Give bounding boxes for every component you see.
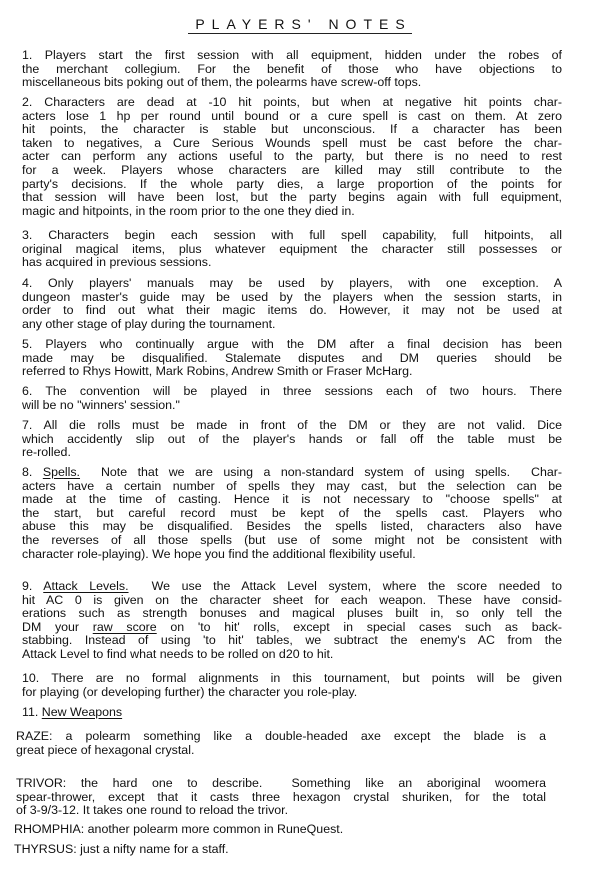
note-line: made may be disqualified. Stalemate disp… [22,352,562,366]
note-line: 6. The convention will be played in thre… [22,385,562,399]
weapon-rhomphia: RHOMPHIA: another polearm more common in… [14,823,544,837]
note-6: 6. The convention will be played in thre… [22,385,562,412]
weapon-name: RHOMPHIA: [14,822,84,836]
note-line: has acquired in previous sessions. [22,256,562,270]
weapon-raze: RAZE: a polearm something like a double-… [16,730,546,757]
note-2: 2. Characters are dead at -10 hit points… [22,96,562,218]
note-line: hit AC 0 is given on the character sheet… [22,594,562,608]
note-3: 3. Characters begin each session with fu… [22,229,562,270]
note-line: 11. New Weapons [22,706,562,720]
note-line: acters lose 1 hp per round until bound o… [22,110,562,124]
note-line: erations such as strength bonuses and ma… [22,607,562,621]
weapon-line: RAZE: a polearm something like a double-… [16,730,546,744]
weapon-line: great piece of hexagonal crystal. [16,744,546,758]
note-line: the start, but careful record must be ke… [22,507,562,521]
note-line: party's decisions. If the whole party di… [22,178,562,192]
note-line: for a week. Players whose characters are… [22,164,562,178]
note-heading-new-weapons: New Weapons [42,705,122,719]
weapon-line: RHOMPHIA: another polearm more common in… [14,823,544,837]
note-line: Attack Level to find what needs to be ro… [22,648,562,662]
note-line: character role-playing). We hope you fin… [22,548,562,562]
note-line: dungeon master's guide may be used by th… [22,291,562,305]
note-11: 11. New Weapons [22,706,562,720]
note-line: original magical items, plus whatever eq… [22,243,562,257]
note-line: will be no "winners' session." [22,399,562,413]
weapon-name: THYRSUS: [14,842,77,856]
note-line: acter can perform any actions useful to … [22,150,562,164]
note-line: any other stage of play during the tourn… [22,318,562,332]
note-line: 8. Spells. Note that we are using a non-… [22,466,562,480]
note-5: 5. Players who continually argue with th… [22,338,562,379]
document-page: PLAYERS' NOTES 1. Players start the firs… [0,0,600,875]
note-line: acters have a certain number of spells t… [22,480,562,494]
note-1: 1. Players start the first session with … [22,49,562,90]
note-line: 4. Only players' manuals may be used by … [22,277,562,291]
page-title: PLAYERS' NOTES [0,16,600,32]
note-line: 5. Players who continually argue with th… [22,338,562,352]
weapon-line: THYRSUS: just a nifty name for a staff. [14,843,544,857]
note-line: the merchant collegium. For the benefit … [22,63,562,77]
note-10: 10. There are no formal alignments in th… [22,672,562,699]
note-line: hit points, the character is stable but … [22,123,562,137]
weapon-line: of 3-9/3-12. It takes one round to reloa… [16,804,546,818]
note-line: 1. Players start the first session with … [22,49,562,63]
note-line: referred to Rhys Howitt, Mark Robins, An… [22,365,562,379]
raw-score-emphasis: raw score [93,620,157,634]
note-line: miscellaneous bits poking out of them, t… [22,76,562,90]
note-line: made at the time of casting. Hence it is… [22,493,562,507]
note-line: 10. There are no formal alignments in th… [22,672,562,686]
note-line: order to find out what their magic items… [22,304,562,318]
weapon-line: TRIVOR: the hard one to describe. Someth… [16,777,546,791]
note-7: 7. All die rolls must be made in front o… [22,419,562,460]
note-heading-attack-levels: Attack Levels. [43,579,128,593]
note-8: 8. Spells. Note that we are using a non-… [22,466,562,561]
note-line: re-rolled. [22,446,562,460]
note-4: 4. Only players' manuals may be used by … [22,277,562,331]
note-line: 9. Attack Levels. We use the Attack Leve… [22,580,562,594]
note-line: the reverses of all those spells (but us… [22,534,562,548]
weapon-name: RAZE: [16,729,53,743]
note-line: 3. Characters begin each session with fu… [22,229,562,243]
note-line: taken to negatives, a Cure Serious Wound… [22,137,562,151]
note-9: 9. Attack Levels. We use the Attack Leve… [22,580,562,662]
note-line: that session will have been lost, but th… [22,191,562,205]
weapon-trivor: TRIVOR: the hard one to describe. Someth… [16,777,546,818]
note-line: DM your raw score on 'to hit' rolls, exc… [22,621,562,635]
note-heading-spells: Spells. [43,465,80,479]
note-line: stabbing. Instead of using 'to hit' tabl… [22,634,562,648]
note-line: 7. All die rolls must be made in front o… [22,419,562,433]
note-line: magic and hitpoints, in the room prior t… [22,205,562,219]
note-line: which accidently slip out of the player'… [22,433,562,447]
note-line: abuse this may be disqualified. Besides … [22,520,562,534]
weapon-line: spear-thrower, except that it casts thre… [16,791,546,805]
note-line: 2. Characters are dead at -10 hit points… [22,96,562,110]
note-line: for playing (or developing further) the … [22,686,562,700]
weapon-thyrsus: THYRSUS: just a nifty name for a staff. [14,843,544,857]
weapon-name: TRIVOR: [16,776,66,790]
